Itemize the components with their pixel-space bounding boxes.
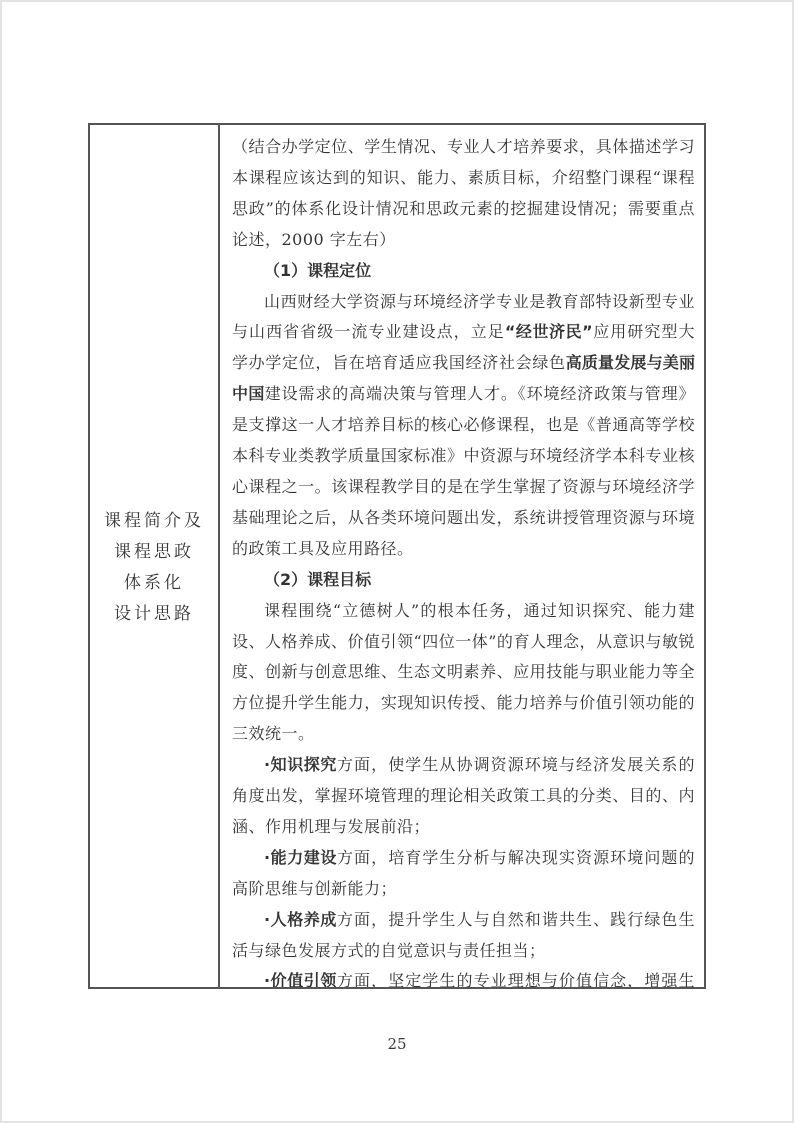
paragraph: 课程围绕“立德树人”的根本任务，通过知识探究、能力建设、人格养成、价值引领“四位… <box>232 596 695 751</box>
row-label-cell: 课程简介及课程思政体系化设计思路 <box>90 125 220 987</box>
bold-text-run: ·知识探究 <box>264 755 337 774</box>
row-label-line: 设计思路 <box>114 599 194 630</box>
bold-text-run: ·价值引领 <box>264 971 337 987</box>
bold-text-run: （1）课程定位 <box>264 261 371 280</box>
course-intro-table: 课程简介及课程思政体系化设计思路 （结合办学定位、学生情况、专业人才培养要求，具… <box>88 123 706 989</box>
row-label-line: 体系化 <box>124 568 184 599</box>
section-heading: （2）课程目标 <box>232 565 695 596</box>
document-page: 课程简介及课程思政体系化设计思路 （结合办学定位、学生情况、专业人才培养要求，具… <box>0 0 794 1123</box>
text-run: （结合办学定位、学生情况、专业人才培养要求，具体描述学习本课程应该达到的知识、能… <box>232 137 695 249</box>
bold-text-run: “经世济民” <box>505 322 593 341</box>
paragraph: 山西财经大学资源与环境经济学专业是教育部特设新型专业与山西省省级一流专业建设点，… <box>232 287 695 565</box>
paragraph: ·知识探究方面，使学生从协调资源环境与经济发展关系的角度出发，掌握环境管理的理论… <box>232 750 695 843</box>
bold-text-run: ·人格养成 <box>264 910 337 929</box>
bold-text-run: ·能力建设 <box>264 848 337 867</box>
paragraph: ·人格养成方面，提升学生人与自然和谐共生、践行绿色生活与绿色发展方式的自觉意识与… <box>232 905 695 967</box>
text-run: 课程围绕“立德树人”的根本任务，通过知识探究、能力建设、人格养成、价值引领“四位… <box>232 601 695 744</box>
content-cell: （结合办学定位、学生情况、专业人才培养要求，具体描述学习本课程应该达到的知识、能… <box>220 125 704 987</box>
paragraph: （结合办学定位、学生情况、专业人才培养要求，具体描述学习本课程应该达到的知识、能… <box>232 132 695 256</box>
text-run: 建设需求的高端决策与管理人才。《环境经济政策与管理》是支撑这一人才培养目标的核心… <box>232 384 695 558</box>
section-heading: （1）课程定位 <box>232 256 695 287</box>
row-label-line: 课程简介及 <box>104 506 204 537</box>
paragraph: ·能力建设方面，培育学生分析与解决现实资源环境问题的高阶思维与创新能力； <box>232 843 695 905</box>
paragraph: ·价值引领方面，坚定学生的专业理想与价值信念，增强生态环境治理的中国道路自信与文… <box>232 966 695 987</box>
page-number: 25 <box>0 1035 794 1053</box>
bold-text-run: （2）课程目标 <box>264 570 371 589</box>
row-label-line: 课程思政 <box>114 537 194 568</box>
